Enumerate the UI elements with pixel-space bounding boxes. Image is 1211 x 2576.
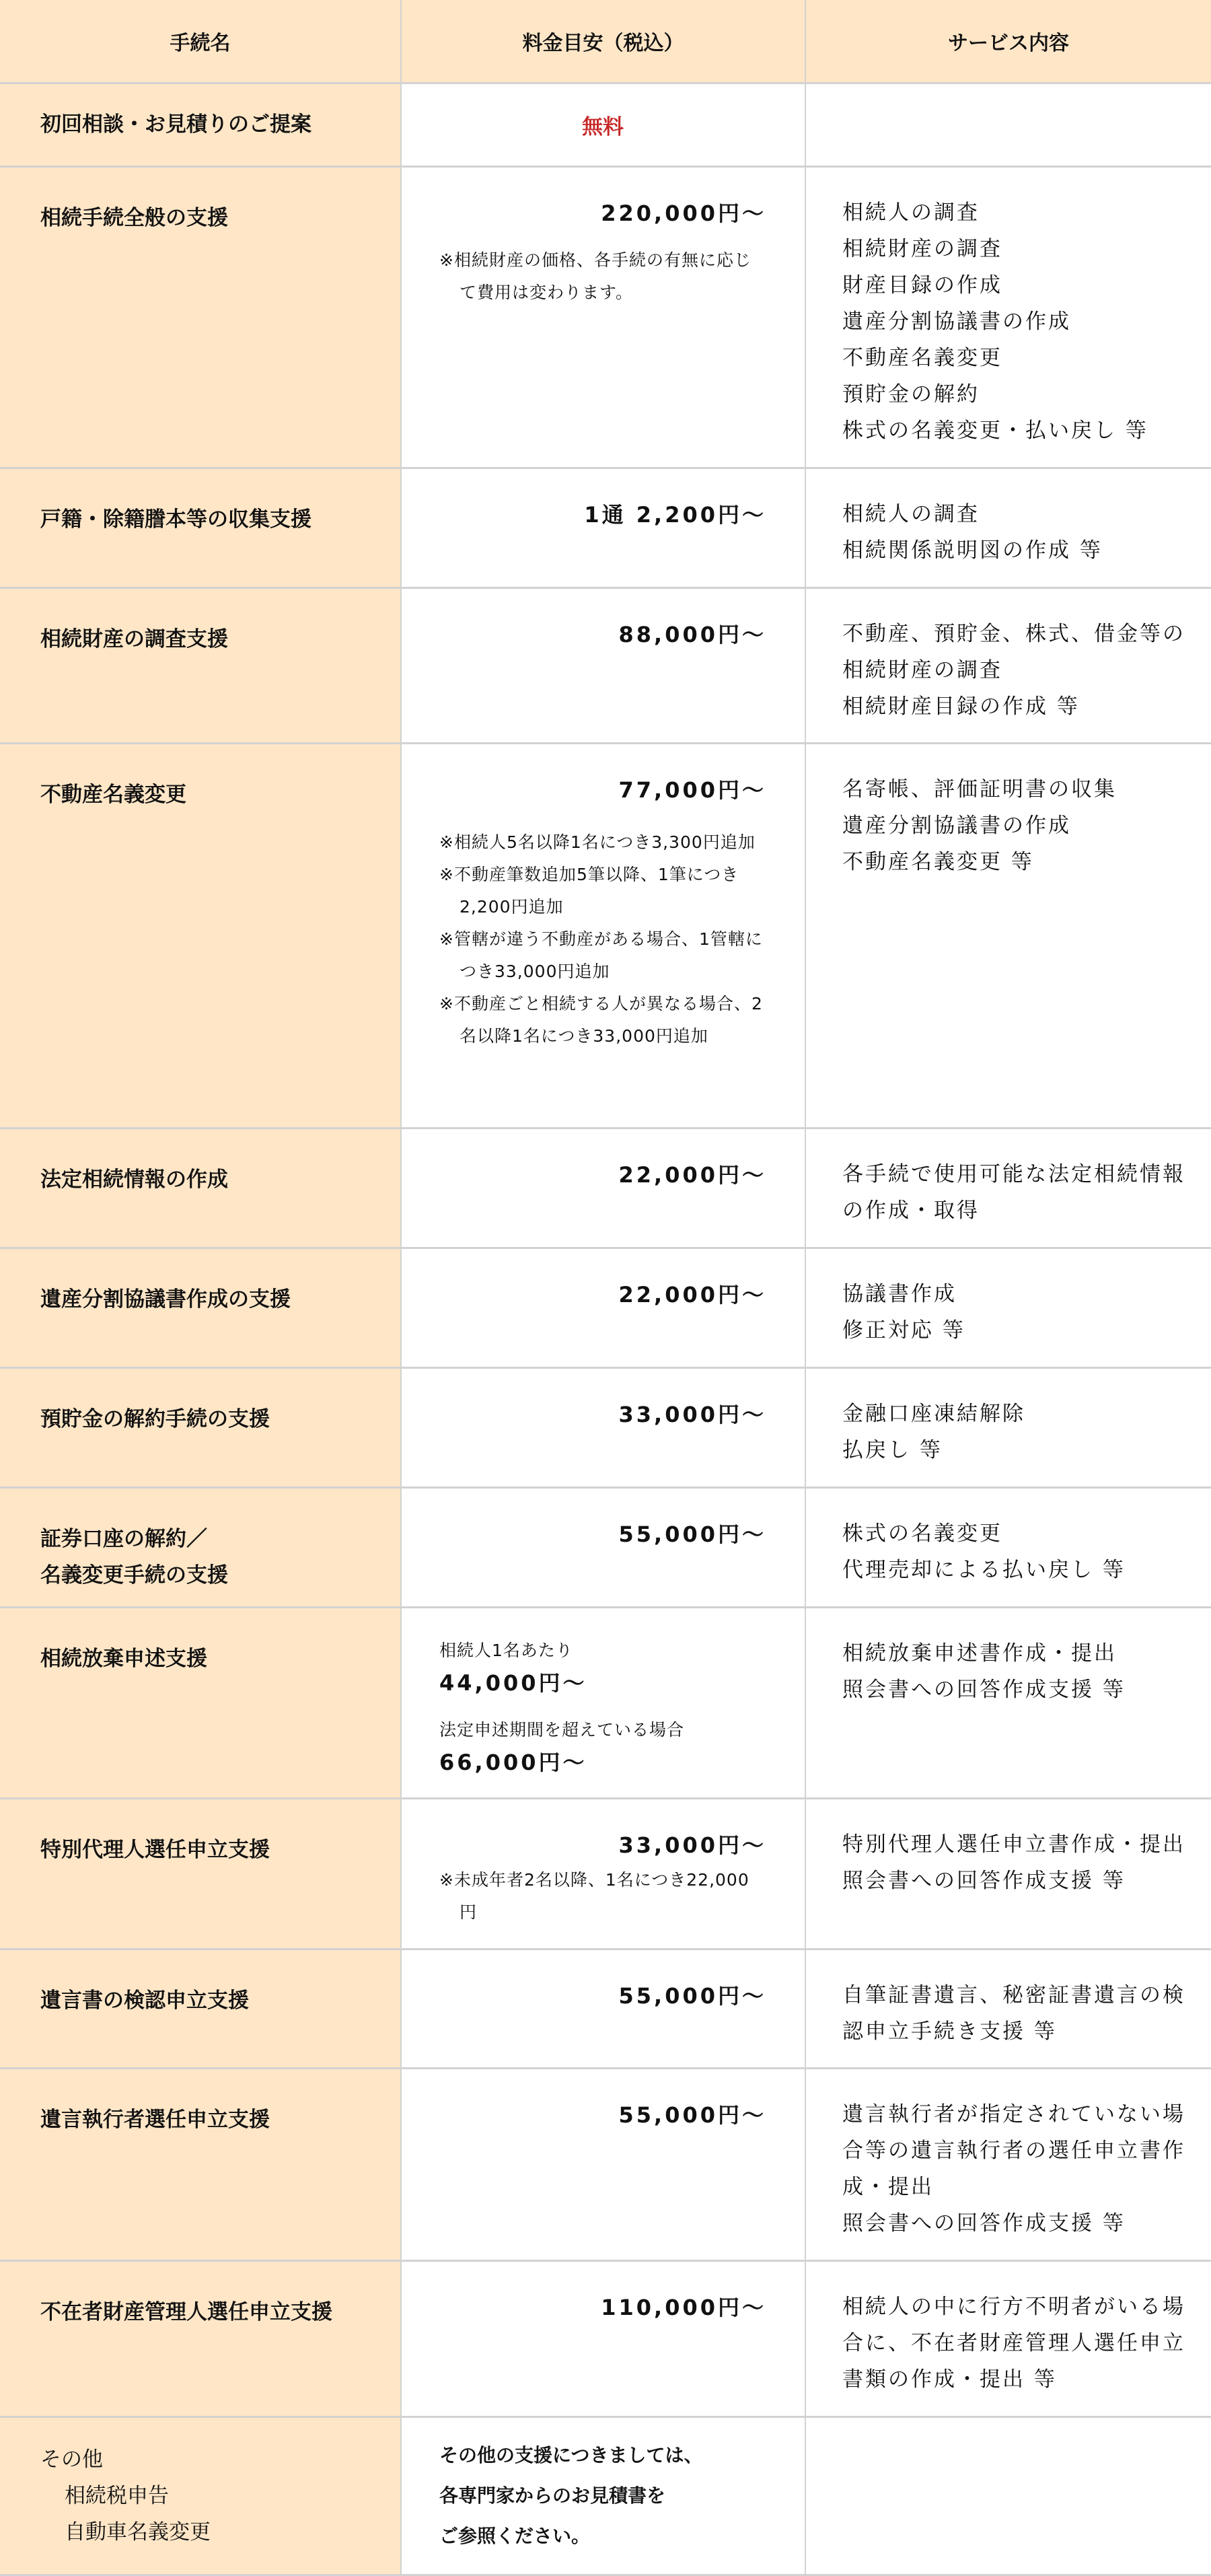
table-row: 法定相続情報の作成 22,000円～ 各手続で使用可能な法定相続情報の作成・取得 — [0, 1128, 1211, 1248]
procedure-name: 遺産分割協議書作成の支援 — [0, 1248, 401, 1367]
fee-cell: 220,000円～ ※相続財産の価格、各手続の有無に応じて費用は変わります。 — [401, 166, 805, 468]
fee-table: 手続名 料金目安（税込） サービス内容 初回相談・お見積りのご提案 無料 相続手… — [0, 0, 1211, 2576]
fee-cell: 22,000円～ — [401, 1128, 805, 1248]
fee-cell: 55,000円～ — [401, 1949, 805, 2068]
service-cell: 相続放棄申述書作成・提出 照会書への回答作成支援 等 — [805, 1607, 1211, 1798]
table-header-row: 手続名 料金目安（税込） サービス内容 — [0, 0, 1211, 83]
table-row: 戸籍・除籍謄本等の収集支援 1通 2,200円～ 相続人の調査 相続関係説明図の… — [0, 468, 1211, 587]
fee-tier-label: 相続人1名あたり — [439, 1635, 766, 1666]
fee-tier-amount: 66,000円～ — [439, 1746, 766, 1779]
procedure-name: 不動産名義変更 — [0, 743, 401, 1128]
table-row: 不動産名義変更 77,000円～ ※相続人5名以降1名につき3,300円追加 ※… — [0, 743, 1211, 1128]
service-item: 特別代理人選任申立書作成・提出 — [842, 1826, 1198, 1863]
header-procedure-name: 手続名 — [0, 0, 401, 83]
service-item: 払戻し 等 — [842, 1432, 1198, 1468]
service-cell: 金融口座凍結解除 払戻し 等 — [805, 1367, 1211, 1487]
table-row: 遺産分割協議書作成の支援 22,000円～ 協議書作成 修正対応 等 — [0, 1248, 1211, 1367]
fee-cell: 110,000円～ — [401, 2260, 805, 2417]
procedure-name: 遺言書の検認申立支援 — [0, 1949, 401, 2068]
service-item: 不動産名義変更 — [842, 340, 1198, 376]
service-item: 遺産分割協議書の作成 — [842, 808, 1198, 844]
procedure-name: 戸籍・除籍謄本等の収集支援 — [0, 468, 401, 587]
service-cell: 自筆証書遺言、秘密証書遺言の検認申立手続き支援 等 — [805, 1949, 1211, 2068]
table-row: 相続放棄申述支援 相続人1名あたり 44,000円～ 法定申述期間を超えている場… — [0, 1607, 1211, 1798]
service-item: 相続人の調査 — [842, 496, 1198, 532]
fee-amount: 22,000円～ — [439, 1276, 766, 1314]
fee-amount: 22,000円～ — [439, 1156, 766, 1194]
fee-note: ※不動産筆数追加5筆以降、1筆につき2,200円追加 — [439, 859, 766, 923]
service-item: 財産目録の作成 — [842, 267, 1198, 303]
fee-amount: 110,000円～ — [439, 2289, 766, 2326]
table-row: その他 相続税申告 自動車名義変更 その他の支援につきましては、 各専門家からの… — [0, 2417, 1211, 2575]
fee-amount: 33,000円～ — [439, 1826, 766, 1864]
procedure-name: 相続手続全般の支援 — [0, 166, 401, 468]
header-service-content: サービス内容 — [805, 0, 1211, 83]
procedure-name-line: 証券口座の解約／ — [40, 1521, 387, 1557]
service-cell: 相続人の調査 相続関係説明図の作成 等 — [805, 468, 1211, 587]
service-cell: 名寄帳、評価証明書の収集 遺産分割協議書の作成 不動産名義変更 等 — [805, 743, 1211, 1128]
service-cell: 相続人の調査 相続財産の調査 財産目録の作成 遺産分割協議書の作成 不動産名義変… — [805, 166, 1211, 468]
procedure-name: 特別代理人選任申立支援 — [0, 1798, 401, 1949]
service-item: 不動産名義変更 等 — [842, 844, 1198, 880]
fee-tier-amount: 44,000円～ — [439, 1666, 766, 1700]
other-fee-text: 各専門家からのお見積書を — [439, 2476, 766, 2516]
fee-cell: 55,000円～ — [401, 1487, 805, 1607]
fee-amount: 33,000円～ — [439, 1396, 766, 1433]
service-cell: 株式の名義変更 代理売却による払い戻し 等 — [805, 1487, 1211, 1607]
procedure-sub-item: 相続税申告 — [40, 2478, 387, 2514]
service-item: 相続関係説明図の作成 等 — [842, 532, 1198, 569]
service-item: 株式の名義変更・払い戻し 等 — [842, 413, 1198, 449]
fee-amount: 55,000円～ — [439, 1515, 766, 1553]
free-label: 無料 — [582, 115, 624, 139]
service-item: 遺産分割協議書の作成 — [842, 303, 1198, 340]
service-cell: 特別代理人選任申立書作成・提出 照会書への回答作成支援 等 — [805, 1798, 1211, 1949]
service-cell: 不動産、預貯金、株式、借金等の相続財産の調査 相続財産目録の作成 等 — [805, 587, 1211, 743]
table-row: 相続財産の調査支援 88,000円～ 不動産、預貯金、株式、借金等の相続財産の調… — [0, 587, 1211, 743]
service-item: 相続財産の調査 — [842, 231, 1198, 267]
table-row: 証券口座の解約／ 名義変更手続の支援 55,000円～ 株式の名義変更 代理売却… — [0, 1487, 1211, 1607]
fee-note: ※未成年者2名以降、1名につき22,000円 — [439, 1864, 766, 1929]
service-cell: 協議書作成 修正対応 等 — [805, 1248, 1211, 1367]
fee-note: ※相続人5名以降1名につき3,300円追加 — [439, 826, 766, 859]
procedure-name: 遺言執行者選任申立支援 — [0, 2068, 401, 2260]
fee-cell: 88,000円～ — [401, 587, 805, 743]
fee-cell: 無料 — [401, 83, 805, 166]
table-row: 遺言執行者選任申立支援 55,000円～ 遺言執行者が指定されていない場合等の遺… — [0, 2068, 1211, 2260]
service-cell — [805, 2417, 1211, 2575]
other-fee-text: その他の支援につきましては、 — [439, 2435, 766, 2476]
fee-tier-label: 法定申述期間を超えている場合 — [439, 1715, 766, 1746]
service-item: 相続財産目録の作成 等 — [842, 688, 1198, 725]
procedure-name: 初回相談・お見積りのご提案 — [0, 83, 401, 166]
service-cell: 各手続で使用可能な法定相続情報の作成・取得 — [805, 1128, 1211, 1248]
procedure-sub-item: 自動車名義変更 — [40, 2514, 387, 2550]
procedure-name: 証券口座の解約／ 名義変更手続の支援 — [0, 1487, 401, 1607]
table-row: 不在者財産管理人選任申立支援 110,000円～ 相続人の中に行方不明者がいる場… — [0, 2260, 1211, 2417]
service-item: 協議書作成 — [842, 1276, 1198, 1312]
table-row: 初回相談・お見積りのご提案 無料 — [0, 83, 1211, 166]
service-item: 代理売却による払い戻し 等 — [842, 1552, 1198, 1588]
procedure-name: その他 相続税申告 自動車名義変更 — [0, 2417, 401, 2575]
service-item: 遺言執行者が指定されていない場合等の遺言執行者の選任申立書作成・提出 — [842, 2096, 1198, 2205]
procedure-name: 法定相続情報の作成 — [0, 1128, 401, 1248]
header-fee-estimate: 料金目安（税込） — [401, 0, 805, 83]
fee-tier: 相続人1名あたり 44,000円～ — [439, 1635, 766, 1700]
fee-cell: 55,000円～ — [401, 2068, 805, 2260]
service-item: 照会書への回答作成支援 等 — [842, 2205, 1198, 2242]
fee-cell: 77,000円～ ※相続人5名以降1名につき3,300円追加 ※不動産筆数追加5… — [401, 743, 805, 1128]
service-cell — [805, 83, 1211, 166]
table-row: 特別代理人選任申立支援 33,000円～ ※未成年者2名以降、1名につき22,0… — [0, 1798, 1211, 1949]
procedure-name: 相続放棄申述支援 — [0, 1607, 401, 1798]
service-item: 修正対応 等 — [842, 1312, 1198, 1349]
procedure-name: 不在者財産管理人選任申立支援 — [0, 2260, 401, 2417]
service-item: 各手続で使用可能な法定相続情報の作成・取得 — [842, 1156, 1198, 1229]
service-cell: 遺言執行者が指定されていない場合等の遺言執行者の選任申立書作成・提出 照会書への… — [805, 2068, 1211, 2260]
fee-note: ※管轄が違う不動産がある場合、1管轄につき33,000円追加 — [439, 923, 766, 988]
service-item: 株式の名義変更 — [842, 1515, 1198, 1552]
fee-cell: 33,000円～ — [401, 1367, 805, 1487]
service-cell: 相続人の中に行方不明者がいる場合に、不在者財産管理人選任申立書類の作成・提出 等 — [805, 2260, 1211, 2417]
fee-amount: 55,000円～ — [439, 1977, 766, 2015]
service-item: 相続放棄申述書作成・提出 — [842, 1635, 1198, 1672]
fee-cell: 1通 2,200円～ — [401, 468, 805, 587]
fee-note: ※相続財産の価格、各手続の有無に応じて費用は変わります。 — [439, 244, 766, 309]
fee-amount: 1通 2,200円～ — [439, 496, 766, 534]
service-item: 自筆証書遺言、秘密証書遺言の検認申立手続き支援 等 — [842, 1977, 1198, 2050]
procedure-name-line: 名義変更手続の支援 — [40, 1557, 387, 1594]
fee-amount: 77,000円～ — [439, 771, 766, 809]
fee-cell: 相続人1名あたり 44,000円～ 法定申述期間を超えている場合 66,000円… — [401, 1607, 805, 1798]
fee-amount: 88,000円～ — [439, 616, 766, 653]
fee-cell: 22,000円～ — [401, 1248, 805, 1367]
service-item: 相続人の中に行方不明者がいる場合に、不在者財産管理人選任申立書類の作成・提出 等 — [842, 2289, 1198, 2398]
table-row: 相続手続全般の支援 220,000円～ ※相続財産の価格、各手続の有無に応じて費… — [0, 166, 1211, 468]
fee-cell: 33,000円～ ※未成年者2名以降、1名につき22,000円 — [401, 1798, 805, 1949]
service-item: 金融口座凍結解除 — [842, 1396, 1198, 1432]
other-fee-text: ご参照ください。 — [439, 2516, 766, 2556]
fee-amount: 55,000円～ — [439, 2096, 766, 2134]
fee-amount: 220,000円～ — [439, 194, 766, 232]
procedure-name: 預貯金の解約手続の支援 — [0, 1367, 401, 1487]
procedure-name: 相続財産の調査支援 — [0, 587, 401, 743]
service-item: 預貯金の解約 — [842, 376, 1198, 413]
service-item: 名寄帳、評価証明書の収集 — [842, 771, 1198, 808]
procedure-name-line: その他 — [40, 2441, 387, 2478]
service-item: 不動産、預貯金、株式、借金等の相続財産の調査 — [842, 616, 1198, 688]
fee-cell: その他の支援につきましては、 各専門家からのお見積書を ご参照ください。 — [401, 2417, 805, 2575]
service-item: 照会書への回答作成支援 等 — [842, 1863, 1198, 1899]
table-row: 預貯金の解約手続の支援 33,000円～ 金融口座凍結解除 払戻し 等 — [0, 1367, 1211, 1487]
service-item: 相続人の調査 — [842, 194, 1198, 231]
fee-note: ※不動産ごと相続する人が異なる場合、2名以降1名につき33,000円追加 — [439, 988, 766, 1052]
fee-tier: 法定申述期間を超えている場合 66,000円～ — [439, 1715, 766, 1779]
service-item: 照会書への回答作成支援 等 — [842, 1672, 1198, 1708]
table-row: 遺言書の検認申立支援 55,000円～ 自筆証書遺言、秘密証書遺言の検認申立手続… — [0, 1949, 1211, 2068]
